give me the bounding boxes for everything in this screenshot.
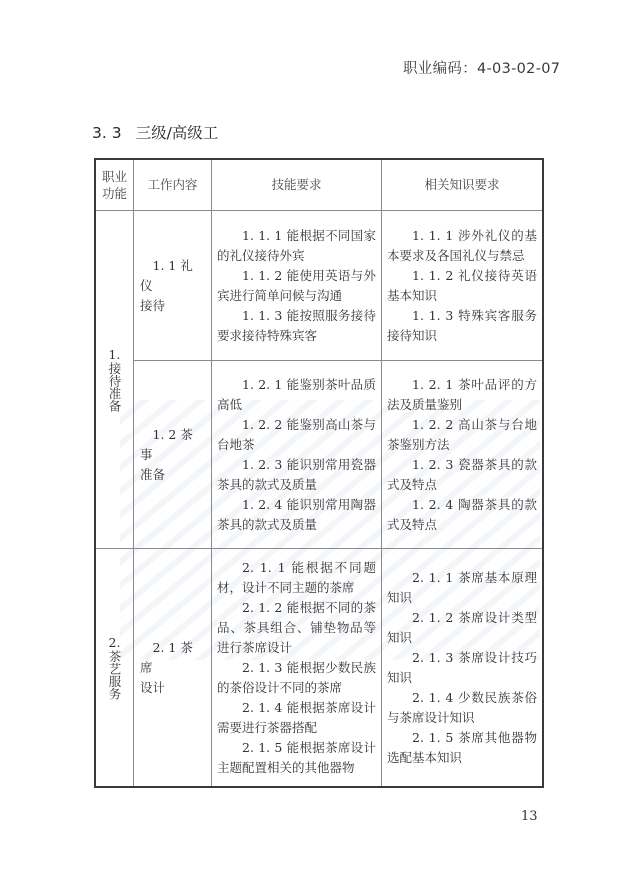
- skills-list: 2. 1. 1 能根据不同题材，设计不同主题的茶席 2. 1. 2 能根据不同的…: [212, 549, 381, 786]
- knowledge-list: 1. 1. 1 涉外礼仪的基本要求及各国礼仪与禁忌 1. 1. 2 礼仪接待英语…: [382, 211, 542, 360]
- header-knowledge: 相关知识要求: [382, 160, 542, 210]
- skills-list: 1. 2. 1 能鉴别茶叶品质高低 1. 2. 2 能鉴别高山茶与台地茶 1. …: [212, 361, 381, 548]
- header-function-line: 职业: [102, 168, 127, 185]
- skill-item: 1. 2. 1 能鉴别茶叶品质高低: [217, 375, 376, 415]
- skill-item: 2. 1. 4 能根据茶席设计需要进行茶器搭配: [217, 698, 376, 738]
- header-work-content: 工作内容: [134, 160, 211, 210]
- skills-list: 1. 1. 1 能根据不同国家的礼仪接待外宾 1. 1. 2 能使用英语与外宾进…: [212, 211, 381, 360]
- skill-item: 1. 1. 2 能使用英语与外宾进行简单问候与沟通: [217, 266, 376, 306]
- skill-item: 1. 1. 1 能根据不同国家的礼仪接待外宾: [217, 226, 376, 266]
- function-reception-prep: 1. 接待准备: [96, 211, 133, 548]
- knowledge-item: 1. 2. 3 瓷器茶具的款式及特点: [387, 455, 537, 495]
- skill-item: 2. 1. 1 能根据不同题材，设计不同主题的茶席: [217, 558, 376, 598]
- work-content-text: 设计: [140, 678, 205, 698]
- knowledge-item: 1. 2. 2 高山茶与台地茶鉴别方法: [387, 415, 537, 455]
- knowledge-list: 2. 1. 1 茶席基本原理知识 2. 1. 2 茶席设计类型知识 2. 1. …: [382, 549, 542, 786]
- knowledge-item: 2. 1. 3 茶席设计技巧知识: [387, 648, 537, 688]
- work-content-text: 接待: [140, 296, 205, 316]
- function-tea-art-service: 2. 茶艺服务: [96, 549, 133, 786]
- section-heading: 3. 3三级/高级工: [92, 121, 218, 143]
- skill-item: 1. 2. 4 能识别常用陶器茶具的款式及质量: [217, 495, 376, 535]
- knowledge-item: 1. 2. 1 茶叶品评的方法及质量鉴别: [387, 375, 537, 415]
- knowledge-item: 2. 1. 5 茶席其他器物选配基本知识: [387, 728, 537, 768]
- knowledge-list: 1. 2. 1 茶叶品评的方法及质量鉴别 1. 2. 2 高山茶与台地茶鉴别方法…: [382, 361, 542, 548]
- work-content-number: 1. 1 礼仪: [140, 256, 205, 296]
- skill-item: 2. 1. 2 能根据不同的茶品、茶具组合、铺垫物品等进行茶席设计: [217, 598, 376, 658]
- knowledge-item: 2. 1. 4 少数民族茶俗与茶席设计知识: [387, 688, 537, 728]
- occupation-code: 职业编码：4-03-02-07: [403, 57, 560, 78]
- work-content-number: 1. 2 茶事: [140, 425, 205, 465]
- knowledge-item: 1. 1. 1 涉外礼仪的基本要求及各国礼仪与禁忌: [387, 226, 537, 266]
- requirements-table: 职业 功能 工作内容 技能要求 相关知识要求 1. 接待准备 1. 1 礼仪接待…: [94, 158, 544, 788]
- work-content-tea-prep: 1. 2 茶事准备: [134, 361, 211, 548]
- work-content-tea-table-design: 2. 1 茶席设计: [134, 549, 211, 786]
- function-number: 2.: [109, 635, 121, 650]
- section-title-text: 三级/高级工: [136, 124, 219, 142]
- work-content-etiquette: 1. 1 礼仪接待: [134, 211, 211, 360]
- knowledge-item: 2. 1. 1 茶席基本原理知识: [387, 568, 537, 608]
- skill-item: 2. 1. 3 能根据少数民族的茶俗设计不同的茶席: [217, 658, 376, 698]
- skill-item: 2. 1. 5 能根据茶席设计主题配置相关的其他器物: [217, 738, 376, 778]
- skill-item: 1. 2. 3 能识别常用瓷器茶具的款式及质量: [217, 455, 376, 495]
- knowledge-item: 2. 1. 2 茶席设计类型知识: [387, 608, 537, 648]
- work-content-number: 2. 1 茶席: [140, 638, 205, 678]
- skill-item: 1. 2. 2 能鉴别高山茶与台地茶: [217, 415, 376, 455]
- knowledge-item: 1. 2. 4 陶器茶具的款式及特点: [387, 495, 537, 535]
- function-name: 接待准备: [107, 362, 122, 412]
- skill-item: 1. 1. 3 能按照服务接待要求接待特殊宾客: [217, 306, 376, 346]
- header-function: 职业 功能: [96, 160, 133, 210]
- function-number: 1.: [109, 347, 121, 362]
- work-content-text: 准备: [140, 465, 205, 485]
- section-number: 3. 3: [92, 124, 122, 142]
- function-name: 茶艺服务: [107, 650, 122, 700]
- knowledge-item: 1. 1. 3 特殊宾客服务接待知识: [387, 306, 537, 346]
- page-number: 13: [521, 809, 538, 824]
- header-skills: 技能要求: [212, 160, 381, 210]
- header-function-line: 功能: [102, 185, 127, 202]
- knowledge-item: 1. 1. 2 礼仪接待英语基本知识: [387, 266, 537, 306]
